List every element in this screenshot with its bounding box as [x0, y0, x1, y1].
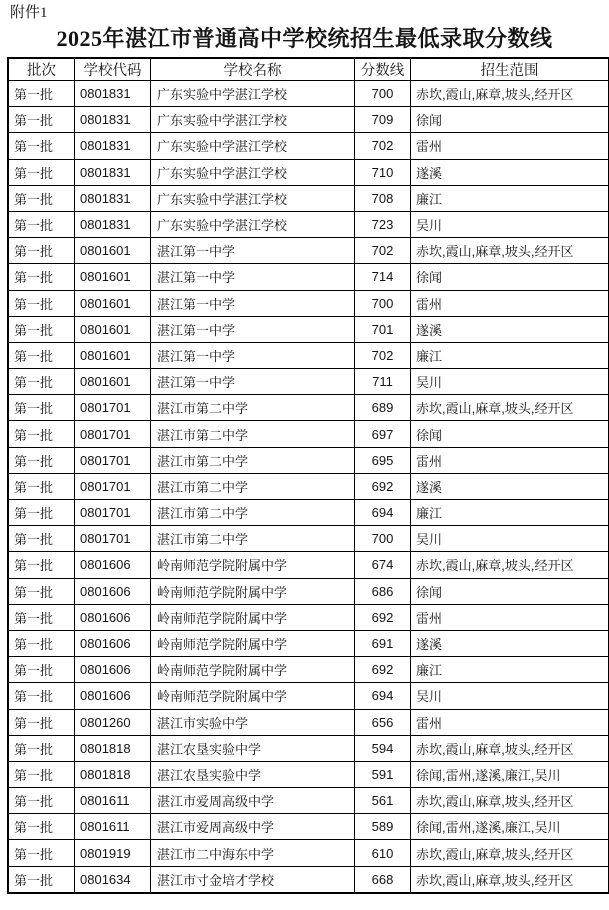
score-cell: 589 — [355, 814, 411, 840]
school-name-cell: 湛江第一中学 — [151, 264, 355, 290]
page-title: 2025年湛江市普通高中学校统招生最低录取分数线 — [0, 25, 609, 53]
region-cell: 廉江 — [411, 342, 609, 368]
score-cell: 668 — [355, 866, 411, 893]
batch-cell: 第一批 — [8, 185, 75, 211]
school-name-cell: 湛江市爱周高级中学 — [151, 788, 355, 814]
score-cell: 701 — [355, 316, 411, 342]
table-row: 第一批0801601湛江第一中学702廉江 — [8, 342, 609, 368]
region-cell: 雷州 — [411, 604, 609, 630]
table-row: 第一批0801606岭南师范学院附属中学674赤坎,霞山,麻章,坡头,经开区 — [8, 552, 609, 578]
table-head: 批次 学校代码 学校名称 分数线 招生范围 — [8, 58, 609, 81]
school-code-cell: 0801919 — [75, 840, 151, 866]
school-name-cell: 广东实验中学湛江学校 — [151, 107, 355, 133]
attachment-label: 附件1 — [10, 4, 609, 23]
table-row: 第一批0801606岭南师范学院附属中学692雷州 — [8, 604, 609, 630]
header-school-code: 学校代码 — [75, 58, 151, 81]
region-cell: 赤坎,霞山,麻章,坡头,经开区 — [411, 735, 609, 761]
batch-cell: 第一批 — [8, 500, 75, 526]
score-cell: 700 — [355, 81, 411, 107]
score-cell: 692 — [355, 473, 411, 499]
batch-cell: 第一批 — [8, 133, 75, 159]
school-code-cell: 0801611 — [75, 788, 151, 814]
region-cell: 徐闻 — [411, 578, 609, 604]
table-row: 第一批0801611湛江市爱周高级中学561赤坎,霞山,麻章,坡头,经开区 — [8, 788, 609, 814]
school-name-cell: 岭南师范学院附属中学 — [151, 657, 355, 683]
region-cell: 雷州 — [411, 290, 609, 316]
school-code-cell: 0801818 — [75, 735, 151, 761]
table-row: 第一批0801818湛江农垦实验中学591徐闻,雷州,遂溪,廉江,吴川 — [8, 761, 609, 787]
score-cell: 591 — [355, 761, 411, 787]
region-cell: 廉江 — [411, 657, 609, 683]
document-page: 附件1 2025年湛江市普通高中学校统招生最低录取分数线 批次 学校代码 学校名… — [0, 4, 609, 910]
score-cell: 694 — [355, 683, 411, 709]
table-row: 第一批0801611湛江市爱周高级中学589徐闻,雷州,遂溪,廉江,吴川 — [8, 814, 609, 840]
school-code-cell: 0801611 — [75, 814, 151, 840]
header-school-name: 学校名称 — [151, 58, 355, 81]
school-name-cell: 广东实验中学湛江学校 — [151, 211, 355, 237]
school-code-cell: 0801701 — [75, 473, 151, 499]
school-name-cell: 广东实验中学湛江学校 — [151, 81, 355, 107]
table-row: 第一批0801606岭南师范学院附属中学686徐闻 — [8, 578, 609, 604]
school-name-cell: 湛江农垦实验中学 — [151, 735, 355, 761]
region-cell: 赤坎,霞山,麻章,坡头,经开区 — [411, 395, 609, 421]
header-enrollment-scope: 招生范围 — [411, 58, 609, 81]
score-cell: 702 — [355, 238, 411, 264]
batch-cell: 第一批 — [8, 369, 75, 395]
school-name-cell: 湛江第一中学 — [151, 316, 355, 342]
batch-cell: 第一批 — [8, 316, 75, 342]
school-code-cell: 0801701 — [75, 447, 151, 473]
batch-cell: 第一批 — [8, 761, 75, 787]
region-cell: 徐闻,雷州,遂溪,廉江,吴川 — [411, 814, 609, 840]
score-cell: 610 — [355, 840, 411, 866]
score-cell: 594 — [355, 735, 411, 761]
school-code-cell: 0801831 — [75, 81, 151, 107]
school-name-cell: 湛江市第二中学 — [151, 473, 355, 499]
school-code-cell: 0801606 — [75, 683, 151, 709]
region-cell: 赤坎,霞山,麻章,坡头,经开区 — [411, 866, 609, 893]
batch-cell: 第一批 — [8, 526, 75, 552]
batch-cell: 第一批 — [8, 342, 75, 368]
batch-cell: 第一批 — [8, 264, 75, 290]
score-cell: 700 — [355, 526, 411, 552]
table-row: 第一批0801606岭南师范学院附属中学691遂溪 — [8, 630, 609, 656]
school-code-cell: 0801701 — [75, 526, 151, 552]
batch-cell: 第一批 — [8, 395, 75, 421]
school-code-cell: 0801601 — [75, 342, 151, 368]
school-name-cell: 湛江市第二中学 — [151, 447, 355, 473]
school-code-cell: 0801831 — [75, 133, 151, 159]
table-row: 第一批0801831广东实验中学湛江学校723吴川 — [8, 211, 609, 237]
school-name-cell: 湛江市寸金培才学校 — [151, 866, 355, 893]
school-name-cell: 岭南师范学院附属中学 — [151, 630, 355, 656]
score-cell: 689 — [355, 395, 411, 421]
score-cell: 702 — [355, 342, 411, 368]
region-cell: 遂溪 — [411, 316, 609, 342]
school-code-cell: 0801701 — [75, 500, 151, 526]
batch-cell: 第一批 — [8, 81, 75, 107]
table-row: 第一批0801634湛江市寸金培才学校668赤坎,霞山,麻章,坡头,经开区 — [8, 866, 609, 893]
school-code-cell: 0801634 — [75, 866, 151, 893]
school-name-cell: 湛江市第二中学 — [151, 421, 355, 447]
school-code-cell: 0801701 — [75, 421, 151, 447]
admission-score-table: 批次 学校代码 学校名称 分数线 招生范围 第一批0801831广东实验中学湛江… — [7, 57, 609, 894]
score-cell: 692 — [355, 604, 411, 630]
table-row: 第一批0801260湛江市实验中学656雷州 — [8, 709, 609, 735]
score-cell: 702 — [355, 133, 411, 159]
school-name-cell: 广东实验中学湛江学校 — [151, 185, 355, 211]
school-name-cell: 湛江第一中学 — [151, 369, 355, 395]
table-row: 第一批0801601湛江第一中学711吴川 — [8, 369, 609, 395]
school-code-cell: 0801831 — [75, 185, 151, 211]
batch-cell: 第一批 — [8, 709, 75, 735]
score-cell: 691 — [355, 630, 411, 656]
region-cell: 徐闻,雷州,遂溪,廉江,吴川 — [411, 761, 609, 787]
school-name-cell: 湛江第一中学 — [151, 238, 355, 264]
region-cell: 徐闻 — [411, 107, 609, 133]
table-row: 第一批0801701湛江市第二中学692遂溪 — [8, 473, 609, 499]
score-cell: 656 — [355, 709, 411, 735]
table-row: 第一批0801831广东实验中学湛江学校708廉江 — [8, 185, 609, 211]
school-name-cell: 湛江第一中学 — [151, 290, 355, 316]
region-cell: 吴川 — [411, 526, 609, 552]
school-code-cell: 0801606 — [75, 604, 151, 630]
region-cell: 吴川 — [411, 211, 609, 237]
school-name-cell: 湛江第一中学 — [151, 342, 355, 368]
batch-cell: 第一批 — [8, 421, 75, 447]
school-name-cell: 湛江市实验中学 — [151, 709, 355, 735]
batch-cell: 第一批 — [8, 107, 75, 133]
table-row: 第一批0801831广东实验中学湛江学校702雷州 — [8, 133, 609, 159]
school-code-cell: 0801831 — [75, 211, 151, 237]
score-cell: 723 — [355, 211, 411, 237]
school-code-cell: 0801601 — [75, 264, 151, 290]
score-cell: 700 — [355, 290, 411, 316]
school-code-cell: 0801701 — [75, 395, 151, 421]
batch-cell: 第一批 — [8, 159, 75, 185]
region-cell: 徐闻 — [411, 264, 609, 290]
score-cell: 709 — [355, 107, 411, 133]
region-cell: 廉江 — [411, 185, 609, 211]
school-name-cell: 广东实验中学湛江学校 — [151, 159, 355, 185]
table-body: 第一批0801831广东实验中学湛江学校700赤坎,霞山,麻章,坡头,经开区第一… — [8, 81, 609, 893]
region-cell: 徐闻 — [411, 421, 609, 447]
score-cell: 686 — [355, 578, 411, 604]
school-name-cell: 岭南师范学院附属中学 — [151, 604, 355, 630]
score-cell: 714 — [355, 264, 411, 290]
score-cell: 674 — [355, 552, 411, 578]
table-row: 第一批0801831广东实验中学湛江学校709徐闻 — [8, 107, 609, 133]
region-cell: 赤坎,霞山,麻章,坡头,经开区 — [411, 238, 609, 264]
school-name-cell: 岭南师范学院附属中学 — [151, 578, 355, 604]
region-cell: 吴川 — [411, 369, 609, 395]
header-score-line: 分数线 — [355, 58, 411, 81]
school-name-cell: 湛江市第二中学 — [151, 526, 355, 552]
score-cell: 695 — [355, 447, 411, 473]
score-cell: 711 — [355, 369, 411, 395]
batch-cell: 第一批 — [8, 604, 75, 630]
table-row: 第一批0801919湛江市二中海东中学610赤坎,霞山,麻章,坡头,经开区 — [8, 840, 609, 866]
school-code-cell: 0801606 — [75, 578, 151, 604]
table-row: 第一批0801831广东实验中学湛江学校710遂溪 — [8, 159, 609, 185]
table-row: 第一批0801606岭南师范学院附属中学694吴川 — [8, 683, 609, 709]
batch-cell: 第一批 — [8, 735, 75, 761]
school-name-cell: 岭南师范学院附属中学 — [151, 552, 355, 578]
batch-cell: 第一批 — [8, 473, 75, 499]
school-code-cell: 0801606 — [75, 657, 151, 683]
score-cell: 692 — [355, 657, 411, 683]
table-row: 第一批0801606岭南师范学院附属中学692廉江 — [8, 657, 609, 683]
batch-cell: 第一批 — [8, 814, 75, 840]
batch-cell: 第一批 — [8, 840, 75, 866]
table-row: 第一批0801601湛江第一中学701遂溪 — [8, 316, 609, 342]
region-cell: 赤坎,霞山,麻章,坡头,经开区 — [411, 81, 609, 107]
batch-cell: 第一批 — [8, 447, 75, 473]
region-cell: 遂溪 — [411, 159, 609, 185]
table-row: 第一批0801601湛江第一中学714徐闻 — [8, 264, 609, 290]
school-code-cell: 0801601 — [75, 369, 151, 395]
region-cell: 雷州 — [411, 133, 609, 159]
table-row: 第一批0801831广东实验中学湛江学校700赤坎,霞山,麻章,坡头,经开区 — [8, 81, 609, 107]
batch-cell: 第一批 — [8, 552, 75, 578]
school-code-cell: 0801606 — [75, 630, 151, 656]
score-cell: 708 — [355, 185, 411, 211]
score-cell: 697 — [355, 421, 411, 447]
region-cell: 遂溪 — [411, 630, 609, 656]
batch-cell: 第一批 — [8, 290, 75, 316]
batch-cell: 第一批 — [8, 211, 75, 237]
school-code-cell: 0801601 — [75, 290, 151, 316]
school-name-cell: 湛江农垦实验中学 — [151, 761, 355, 787]
table-row: 第一批0801701湛江市第二中学695雷州 — [8, 447, 609, 473]
header-batch: 批次 — [8, 58, 75, 81]
batch-cell: 第一批 — [8, 630, 75, 656]
table-row: 第一批0801701湛江市第二中学694廉江 — [8, 500, 609, 526]
school-code-cell: 0801831 — [75, 107, 151, 133]
score-cell: 561 — [355, 788, 411, 814]
school-code-cell: 0801601 — [75, 316, 151, 342]
batch-cell: 第一批 — [8, 578, 75, 604]
school-code-cell: 0801818 — [75, 761, 151, 787]
batch-cell: 第一批 — [8, 788, 75, 814]
table-row: 第一批0801701湛江市第二中学697徐闻 — [8, 421, 609, 447]
school-code-cell: 0801606 — [75, 552, 151, 578]
batch-cell: 第一批 — [8, 657, 75, 683]
table-header-row: 批次 学校代码 学校名称 分数线 招生范围 — [8, 58, 609, 81]
region-cell: 廉江 — [411, 500, 609, 526]
school-code-cell: 0801831 — [75, 159, 151, 185]
table-row: 第一批0801701湛江市第二中学700吴川 — [8, 526, 609, 552]
region-cell: 赤坎,霞山,麻章,坡头,经开区 — [411, 552, 609, 578]
batch-cell: 第一批 — [8, 866, 75, 893]
table-row: 第一批0801701湛江市第二中学689赤坎,霞山,麻章,坡头,经开区 — [8, 395, 609, 421]
batch-cell: 第一批 — [8, 238, 75, 264]
table-row: 第一批0801601湛江第一中学702赤坎,霞山,麻章,坡头,经开区 — [8, 238, 609, 264]
school-name-cell: 湛江市二中海东中学 — [151, 840, 355, 866]
school-name-cell: 广东实验中学湛江学校 — [151, 133, 355, 159]
school-code-cell: 0801260 — [75, 709, 151, 735]
school-code-cell: 0801601 — [75, 238, 151, 264]
region-cell: 雷州 — [411, 447, 609, 473]
school-name-cell: 岭南师范学院附属中学 — [151, 683, 355, 709]
batch-cell: 第一批 — [8, 683, 75, 709]
region-cell: 雷州 — [411, 709, 609, 735]
table-row: 第一批0801601湛江第一中学700雷州 — [8, 290, 609, 316]
region-cell: 遂溪 — [411, 473, 609, 499]
score-cell: 694 — [355, 500, 411, 526]
table-row: 第一批0801818湛江农垦实验中学594赤坎,霞山,麻章,坡头,经开区 — [8, 735, 609, 761]
school-name-cell: 湛江市爱周高级中学 — [151, 814, 355, 840]
region-cell: 赤坎,霞山,麻章,坡头,经开区 — [411, 788, 609, 814]
school-name-cell: 湛江市第二中学 — [151, 395, 355, 421]
score-cell: 710 — [355, 159, 411, 185]
region-cell: 赤坎,霞山,麻章,坡头,经开区 — [411, 840, 609, 866]
school-name-cell: 湛江市第二中学 — [151, 500, 355, 526]
region-cell: 吴川 — [411, 683, 609, 709]
